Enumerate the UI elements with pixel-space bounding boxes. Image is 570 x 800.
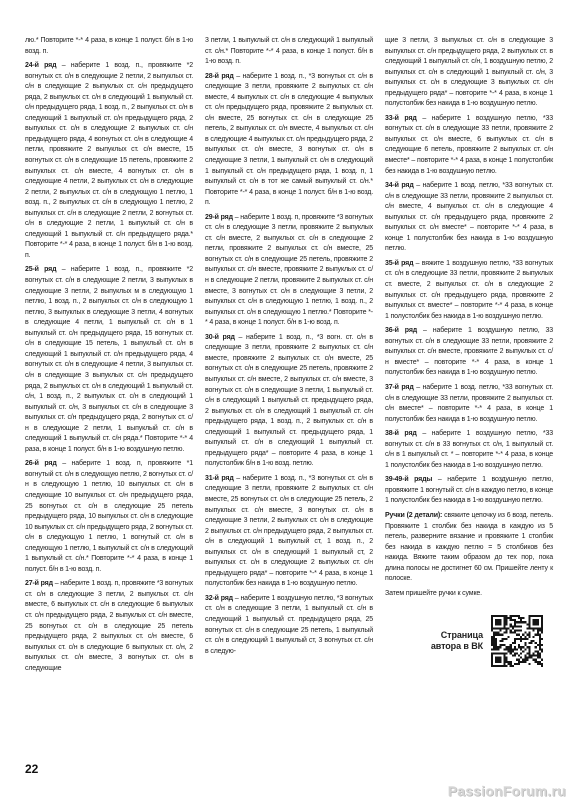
row-label: 31-й ряд	[205, 475, 234, 482]
pattern-paragraph: 36-й ряд – наберите 1 воздушную петлю, 3…	[385, 326, 553, 379]
qr-caption-line1: Страница	[431, 630, 483, 642]
pattern-paragraph: Ручки (2 детали): свяжите цепочку из 6 в…	[385, 511, 553, 585]
row-label: 30-й ряд	[205, 334, 235, 341]
column-middle: 3 петли, 1 выпуклый ст. с/н в следующий …	[205, 36, 373, 678]
pattern-paragraph: 26-й ряд – наберите 1 возд. п, провяжите…	[25, 459, 193, 575]
pattern-paragraph: 30-й ряд – наберите 1 возд. п., *3 вогн.…	[205, 333, 373, 470]
pattern-paragraph: щие 3 петли, 3 выпуклых ст. с/н в следую…	[385, 36, 553, 110]
row-label: 34-й ряд	[385, 182, 414, 189]
row-label: 27-й ряд	[25, 580, 53, 587]
pattern-paragraph: 34-й ряд – наберите 1 возд. петлю, *33 в…	[385, 181, 553, 255]
row-label: 32-й ряд	[205, 595, 233, 602]
pattern-paragraph: лю.* Повторите *-* 4 раза, в конце 1 пол…	[25, 36, 193, 57]
column-left: лю.* Повторите *-* 4 раза, в конце 1 пол…	[25, 36, 193, 678]
pattern-paragraph: 29-й ряд – наберите 1 возд. п, провяжите…	[205, 213, 373, 329]
row-label: 35-й ряд	[385, 260, 413, 267]
row-label: 29-й ряд	[205, 214, 233, 221]
column-right: щие 3 петли, 3 выпуклых ст. с/н в следую…	[385, 36, 553, 678]
row-label: Ручки (2 детали):	[385, 512, 442, 519]
row-label: 24-й ряд	[25, 62, 56, 69]
qr-block: Страница автора в ВК	[385, 615, 553, 667]
qr-caption-line2: автора в ВК	[431, 641, 483, 653]
pattern-paragraph: 3 петли, 1 выпуклый ст. с/н в следующий …	[205, 36, 373, 68]
text-columns: лю.* Повторите *-* 4 раза, в конце 1 пол…	[25, 36, 552, 678]
pattern-paragraph: 35-й ряд – вяжите 1 воздушную петлю, *33…	[385, 259, 553, 322]
watermark: PassionForum.ru	[448, 783, 566, 799]
pattern-paragraph: 25-й ряд – наберите 1 возд. п., провяжит…	[25, 265, 193, 455]
pattern-paragraph: 39-49-й ряды – наберите 1 воздушную петл…	[385, 475, 553, 507]
row-label: 26-й ряд	[25, 460, 57, 467]
pattern-paragraph: 24-й ряд – наберите 1 возд. п., провяжит…	[25, 61, 193, 261]
qr-caption: Страница автора в ВК	[431, 630, 483, 653]
magazine-page: лю.* Повторите *-* 4 раза, в конце 1 пол…	[0, 0, 570, 800]
pattern-paragraph: 37-й ряд – наберите 1 возд. петлю, *33 в…	[385, 383, 553, 425]
pattern-paragraph: 31-й ряд – наберите 1 возд. п., *3 вогну…	[205, 474, 373, 590]
pattern-paragraph: 33-й ряд – наберите 1 воздушную петлю, *…	[385, 114, 553, 177]
pattern-paragraph: 28-й ряд – наберите 1 возд. п., *3 вогну…	[205, 72, 373, 209]
pattern-paragraph: 38-й ряд – наберите 1 воздушную петлю, *…	[385, 429, 553, 471]
pattern-paragraph: 27-й ряд – наберите 1 возд. п, провяжите…	[25, 579, 193, 674]
page-number: 22	[25, 762, 38, 776]
row-label: 28-й ряд	[205, 73, 234, 80]
row-label: 37-й ряд	[385, 384, 414, 391]
pattern-paragraph: 32-й ряд – наберите 1 воздушную петлю, *…	[205, 594, 373, 657]
row-label: 39-49-й ряды	[385, 476, 432, 483]
row-label: 25-й ряд	[25, 266, 56, 273]
row-label: 33-й ряд	[385, 115, 417, 122]
pattern-paragraph: Затем пришейте ручки к сумке.	[385, 589, 553, 600]
row-label: 38-й ряд	[385, 430, 417, 437]
row-label: 36-й ряд	[385, 327, 417, 334]
qr-code-icon	[491, 615, 543, 667]
